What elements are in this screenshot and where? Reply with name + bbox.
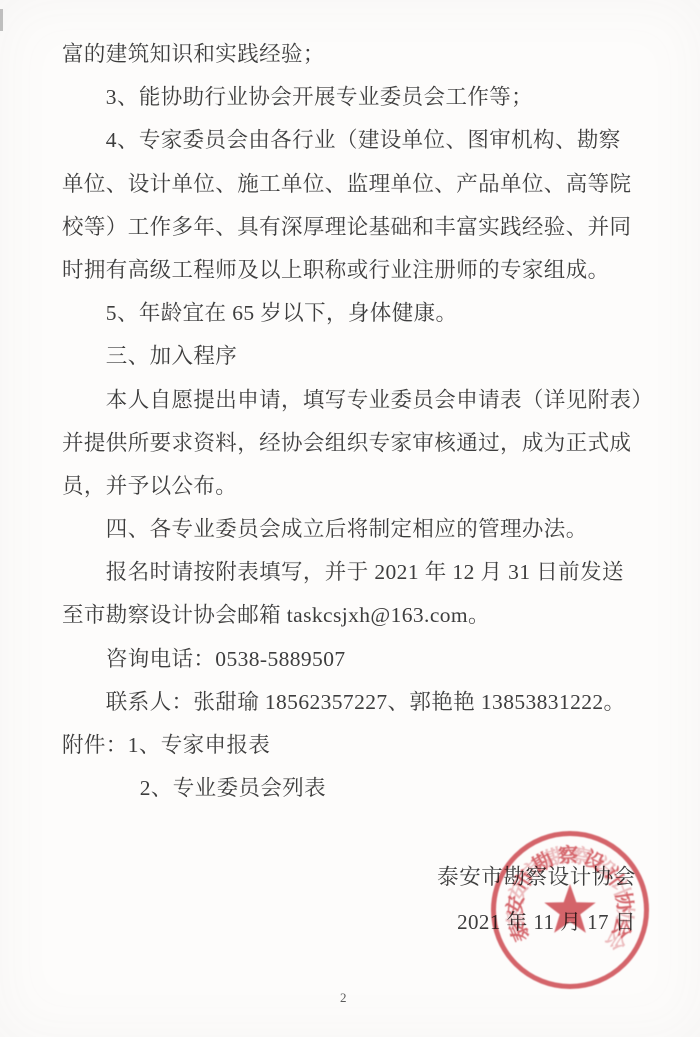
document-line: 联系人：张甜瑜 18562357227、郭艳艳 13853831222。 — [62, 681, 647, 724]
seal-star-icon — [544, 884, 595, 933]
document-line: 3、能协助行业协会开展专业委员会工作等； — [62, 76, 647, 119]
document-line: 4、专家委员会由各行业（建设单位、图审机构、勘察 — [62, 119, 647, 162]
document-line: 5、年龄宜在 65 岁以下，身体健康。 — [62, 292, 647, 335]
document-line: 报名时请按附表填写，并于 2021 年 12 月 31 日前发送 — [62, 551, 647, 594]
official-seal: 泰安市勘察设计协会 泰安市勘察设计协会 — [475, 815, 665, 1005]
document-line: 四、各专业委员会成立后将制定相应的管理办法。 — [62, 508, 647, 551]
document-line: 时拥有高级工程师及以上职称或行业注册师的专家组成。 — [62, 249, 647, 292]
document-line: 并提供所要求资料，经协会组织专家审核通过，成为正式成 — [62, 422, 647, 465]
document-body: 富的建筑知识和实践经验；3、能协助行业协会开展专业委员会工作等；4、专家委员会由… — [62, 33, 647, 810]
document-line: 校等）工作多年、具有深厚理论基础和丰富实践经验、并同 — [62, 206, 647, 249]
document-line: 单位、设计单位、施工单位、监理单位、产品单位、高等院 — [62, 163, 647, 206]
document-line: 附件：1、专家申报表 — [62, 724, 647, 767]
scanned-document-page: 富的建筑知识和实践经验；3、能协助行业协会开展专业委员会工作等；4、专家委员会由… — [0, 0, 700, 1037]
document-line: 咨询电话：0538-5889507 — [62, 638, 647, 681]
document-line: 三、加入程序 — [62, 335, 647, 378]
scan-artifact — [0, 9, 3, 31]
page-number: 2 — [340, 990, 348, 1006]
document-line: 至市勘察设计协会邮箱 taskcsjxh@163.com。 — [62, 594, 647, 637]
document-line: 富的建筑知识和实践经验； — [62, 33, 647, 76]
document-line: 员，并予以公布。 — [62, 465, 647, 508]
document-line: 本人自愿提出申请，填写专业委员会申请表（详见附表） — [62, 379, 647, 422]
document-line: 2、专业委员会列表 — [62, 767, 647, 810]
